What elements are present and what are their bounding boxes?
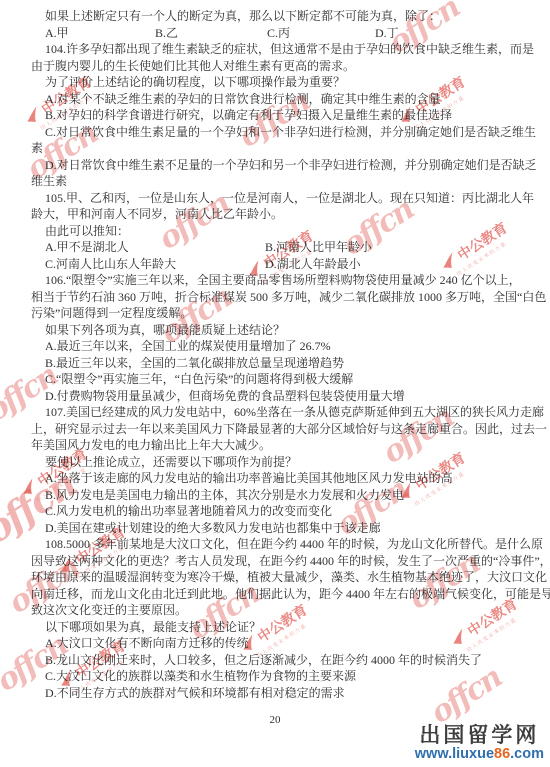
q107-stem-line: 年美国风力发电的电力输出比上年大大减少。: [31, 437, 523, 454]
url-suffix: .com: [510, 746, 544, 762]
q103-options-row: A.甲B.乙C.丙D.丁: [31, 25, 523, 42]
q103-option-a: A.甲: [45, 25, 155, 42]
q108-question-line: 以下哪项如果为真，最能支持上述论证？: [31, 619, 523, 636]
q103-option-b: B.乙: [155, 25, 267, 42]
q104-question-line: 为了评价上述结论的确切程度，以下哪项操作最为重要？: [31, 74, 523, 91]
q108-stem-line: 因导致这两种文化的更迭？考古人员发现，在距今约 4400 年的时候，发生了一次严…: [31, 553, 523, 570]
q105-question-line: 由此可以推知：: [31, 223, 523, 240]
q108-stem-line: 向南迁移，而龙山文化由北迁到此地。他们据此认为，距今 4400 年左右的极端气候…: [31, 586, 523, 603]
q105-options-row-ab: A.甲不是湖北人B.河南人比甲年龄小: [31, 239, 523, 256]
document-body: 如果上述断定只有一个人的断定为真，那么以下断定都不可能为真，除了： A.甲B.乙…: [31, 8, 523, 701]
liuxue86-logo[interactable]: 出国留学网 www.liuxue86.com: [415, 725, 544, 762]
q106-stem-line: 106.“限塑令”实施三年以来，全国主要商品零售场所塑料购物袋使用量减少 240…: [31, 272, 523, 289]
q106-stem-line: 污染”问题得到一定程度缓解。: [31, 305, 523, 322]
q106-option-b: B.最近三年以来，全国的二氧化碳排放总量呈现递增趋势: [31, 355, 523, 372]
q104-option-a: A.对某个不缺乏维生素的孕妇的日常饮食进行检测，确定其中维生素的含量: [31, 91, 523, 108]
q107-option-c: C.风力发电机的输出功率显著地随着风力的改变而变化: [31, 503, 523, 520]
q107-question-line: 要使以上推论成立，还需要以下哪项作为前提？: [31, 454, 523, 471]
q105-stem-line: 龄大，甲和河南人不同岁，河南人比乙年龄小。: [31, 206, 523, 223]
q104-option-d-wrap: 维生素: [31, 173, 523, 190]
q104-option-c-wrap: 素: [31, 140, 523, 157]
q105-option-d: D.湖北人年龄最小: [265, 256, 485, 273]
q105-stem-line: 105.甲、乙和丙，一位是山东人，一位是河南人，一位是湖北人。现在只知道：丙比湖…: [31, 190, 523, 207]
q103-option-c: C.丙: [267, 25, 375, 42]
site-url: www.liuxue86.com: [415, 747, 544, 762]
q106-option-a: A.最近三年以来，全国工业的煤炭使用量增加了 26.7%: [31, 338, 523, 355]
q107-stem-line: 107.美国已经建成的风力发电站中，60%坐落在一条从德克萨斯延伸到五大湖区的狭…: [31, 404, 523, 421]
q104-option-c: C.对日常饮食中维生素足量的一个孕妇和一个非孕妇进行检测，并分别确定她们是否缺乏…: [31, 124, 523, 141]
q108-stem-line: 108.5000 多年前某地是大汶口文化，但在距今约 4400 年的时候，为龙山…: [31, 536, 523, 553]
q107-stem-line: 上，研究显示过去一年以来美国风力下降最显著的大部分区域恰好与这条走廊重合。因此，…: [31, 421, 523, 438]
q103-option-d: D.丁: [375, 25, 399, 42]
q105-option-a: A.甲不是湖北人: [45, 239, 265, 256]
q103-closing-line: 如果上述断定只有一个人的断定为真，那么以下断定都不可能为真，除了：: [31, 8, 523, 25]
q108-option-d: D.不同生存方式的族群对气候和环境都有相对稳定的需求: [31, 685, 523, 702]
q104-option-d: D.对日常饮食中维生素不足量的一个孕妇和另一个非孕妇进行检测，并分别确定她们是否…: [31, 157, 523, 174]
q108-option-b: B.龙山文化刚迁来时，人口较多，但之后逐渐减少，在距今约 4000 年的时候消失…: [31, 652, 523, 669]
q108-stem-line: 致这次文化变迁的主要原因。: [31, 602, 523, 619]
q107-option-b: B.风力发电是美国电力输出的主体，其次分别是水力发展和火力发电: [31, 487, 523, 504]
q108-stem-line: 环境由原来的温暖湿润转变为寒冷干燥，植被大量减少，藻类、水生植物基本绝迹了，大汶…: [31, 569, 523, 586]
q108-option-c: C.大汶口文化的族群以藻类和水生植物作为食物的主要来源: [31, 668, 523, 685]
q104-stem-line: 104.许多孕妇都出现了维生素缺乏的症状，但这通常不是由于孕妇的饮食中缺乏维生素…: [31, 41, 523, 58]
q106-question-line: 如果下列各项为真，哪项最能质疑上述结论？: [31, 322, 523, 339]
q106-option-d: D.付费购物袋用量虽减少，但商场免费的食品塑料包装袋使用量大增: [31, 388, 523, 405]
q104-stem-line: 由于腹内婴儿的生长使她们比其他人对维生素有更高的需求。: [31, 58, 523, 75]
url-prefix: www.liuxue: [415, 746, 494, 762]
q105-options-row-cd: C.河南人比山东人年龄大D.湖北人年龄最小: [31, 256, 523, 273]
q107-option-d: D.美国在建或计划建设的绝大多数风力发电站也都集中于该走廊: [31, 520, 523, 537]
url-86: 86: [494, 746, 510, 762]
q107-option-a: A.坐落于该走廊的风力发电站的输出功率普遍比美国其他地区风力发电站的高: [31, 470, 523, 487]
q106-option-c: C.“限塑令”再实施三年，“白色污染”的问题将得到极大缓解: [31, 371, 523, 388]
exam-page: offcn offcn offcn offcn offcn offcn offc…: [0, 0, 550, 767]
q106-stem-line: 相当于节约石油 360 万吨，折合标准煤炭 500 多万吨，减少二氧化碳排放 1…: [31, 289, 523, 306]
site-name: 出国留学网: [419, 725, 539, 747]
q105-option-c: C.河南人比山东人年龄大: [45, 256, 265, 273]
q108-option-a: A.大汶口文化有不断向南方迁移的传统: [31, 635, 523, 652]
q105-option-b: B.河南人比甲年龄小: [265, 239, 485, 256]
q104-option-b: B.对孕妇的科学食谱进行研究，以确定有利于孕妇摄入足量维生素的最佳选择: [31, 107, 523, 124]
